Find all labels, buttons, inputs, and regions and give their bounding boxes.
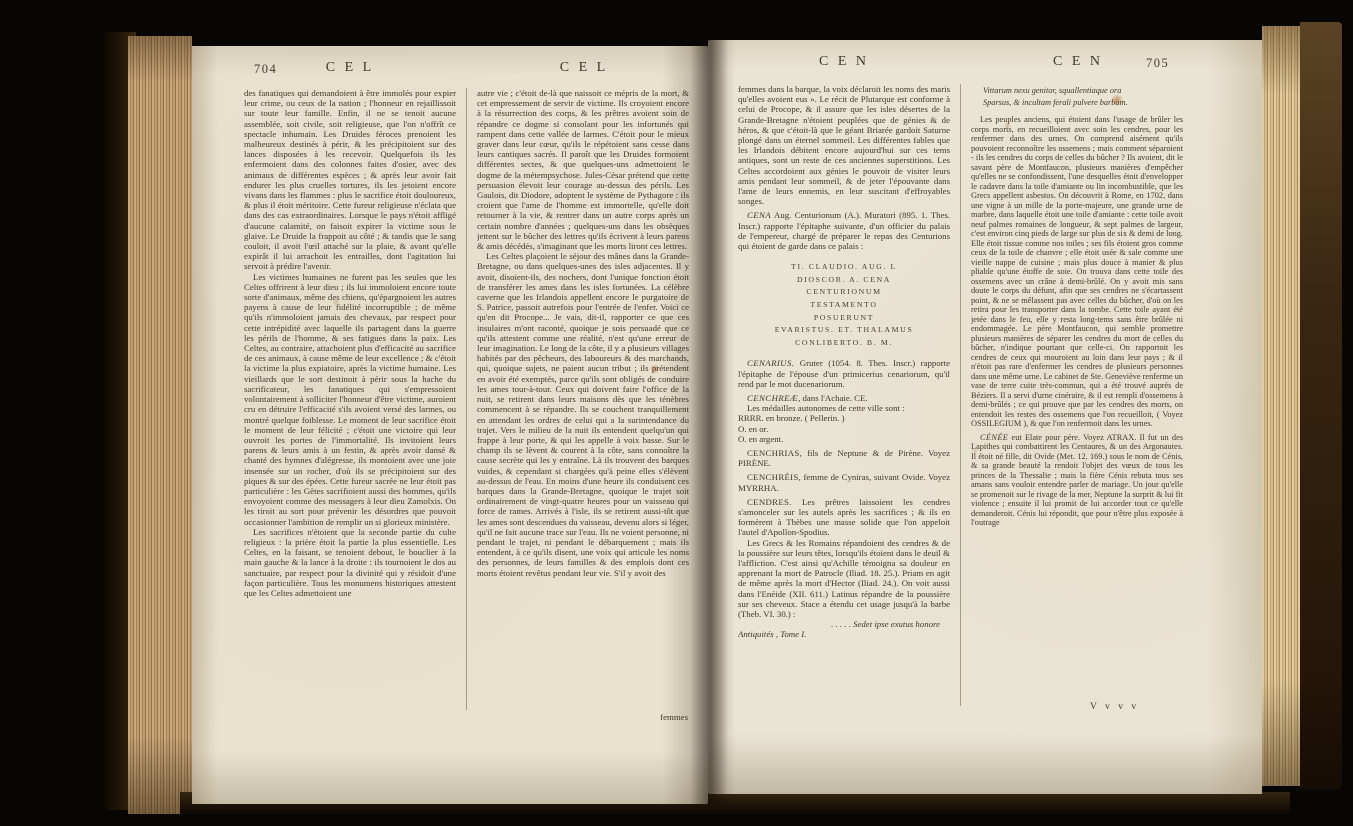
column-rule — [466, 88, 467, 710]
inscription-line: TESTAMENTO — [738, 299, 950, 312]
medal-line: O. en or. — [738, 424, 950, 434]
entry-cenarius: CENARIUS. Gruter (1054. 8. Thes. Inscr.)… — [738, 358, 950, 389]
medal-list: RRRR. en bronze. ( Pellerin. ) O. en or.… — [738, 413, 950, 444]
text-column-1: des fanatiques qui demandoient à être im… — [244, 88, 456, 718]
running-head-right-col2: C E N — [1053, 54, 1103, 70]
column-rule — [960, 84, 961, 706]
inscription-line: POSUERUNT — [738, 312, 950, 325]
latin-verse-line: Vittarum nexu genitor, squallentiaque or… — [971, 85, 1183, 97]
medal-line: O. en argent. — [738, 434, 950, 444]
entry-cena: CENA Aug. Centurionum (A.). Muratori (89… — [738, 210, 950, 251]
paragraph: Les sacrifices n'étoient que la seconde … — [244, 527, 456, 598]
headword: CENDRES. — [747, 497, 792, 507]
page-fore-edge-left — [128, 36, 192, 814]
paragraph: Les victimes humaines ne furent pas les … — [244, 272, 456, 527]
entry-cendres: CENDRES. Les prêtres laissoient les cend… — [738, 497, 950, 538]
entry-cenchrias: CENCHRIAS, fils de Neptune & de Pirène. … — [738, 448, 950, 468]
inscription-line: EVARISTUS. ET. THALAMUS — [738, 324, 950, 337]
page-number-right: 705 — [1146, 56, 1169, 71]
photographed-book-spread: { "book": { "left_page": { "page_number"… — [0, 0, 1353, 826]
paragraph: des fanatiques qui demandoient à être im… — [244, 88, 456, 272]
text-column-2: autre vie ; c'étoit de-là que naissoit c… — [477, 88, 689, 718]
headword: CENARIUS. — [747, 358, 794, 368]
latin-verse-line: Sparsus, & incultam ferali pulvere barba… — [971, 97, 1183, 109]
inscription-line: CENTURIONUM — [738, 286, 950, 299]
paragraph: Les peuples anciens, qui étoient dans l'… — [971, 115, 1183, 429]
page-fore-edge-right — [1262, 26, 1302, 786]
running-head-right-col1: C E N — [819, 54, 869, 70]
inscription-line: DIOSCOR. A. CENA — [738, 274, 950, 287]
inscription-line: TI. CLAUDIO. AUG. L — [738, 261, 950, 274]
entry-cenee: CÉNÉE eut Elate pour père. Voyez ATRAX. … — [971, 433, 1183, 528]
gathering-signature: V v v v — [1090, 702, 1139, 712]
headword: CENCHRÉIS — [747, 472, 799, 482]
paragraph: femmes dans la barque, la voix déclaroit… — [738, 84, 950, 206]
paragraph: Les médailles autonomes de cette ville s… — [738, 403, 950, 413]
entry-cenchreis: CENCHRÉIS, femme de Cyniras, suivant Ovi… — [738, 472, 950, 492]
book-cover-right — [1300, 22, 1342, 790]
headword: CENCHRIAS — [747, 448, 800, 458]
headword: CÉNÉE — [980, 433, 1008, 442]
latin-inscription-block: TI. CLAUDIO. AUG. L DIOSCOR. A. CENA CEN… — [738, 261, 950, 349]
page-number-left: 704 — [254, 62, 277, 77]
running-head-left-col1: C E L — [326, 60, 374, 76]
text-column-3: femmes dans la barque, la voix déclaroit… — [738, 84, 950, 714]
volume-footline: Antiquités , Tome I. — [738, 629, 950, 639]
paragraph: autre vie ; c'étoit de-là que naissoit c… — [477, 88, 689, 251]
headword: CENA — [747, 210, 771, 220]
running-head-left-col2: C E L — [560, 60, 608, 76]
latin-verse-block: Vittarum nexu genitor, squallentiaque or… — [971, 85, 1183, 108]
entry-cenchreae: CENCHREÆ, dans l'Achaie. CE. — [738, 393, 950, 403]
text-column-4: Vittarum nexu genitor, squallentiaque or… — [971, 84, 1183, 714]
paragraph: Les Grecs & les Romains répandoient des … — [738, 538, 950, 620]
inscription-line: CONLIBERTO. B. M. — [738, 337, 950, 350]
latin-verse-line: . . . . . Sedet ipse exutus honore — [738, 619, 950, 629]
medal-line: RRRR. en bronze. ( Pellerin. ) — [738, 413, 950, 423]
left-page: 704 C E L C E L des fanatiques qui deman… — [192, 46, 708, 804]
headword: CENCHREÆ — [747, 393, 798, 403]
catchword: femmes — [660, 712, 688, 722]
paragraph: Les Celtes plaçoient le séjour des mânes… — [477, 251, 689, 578]
right-page: C E N C E N 705 femmes dans la barque, l… — [708, 40, 1262, 794]
